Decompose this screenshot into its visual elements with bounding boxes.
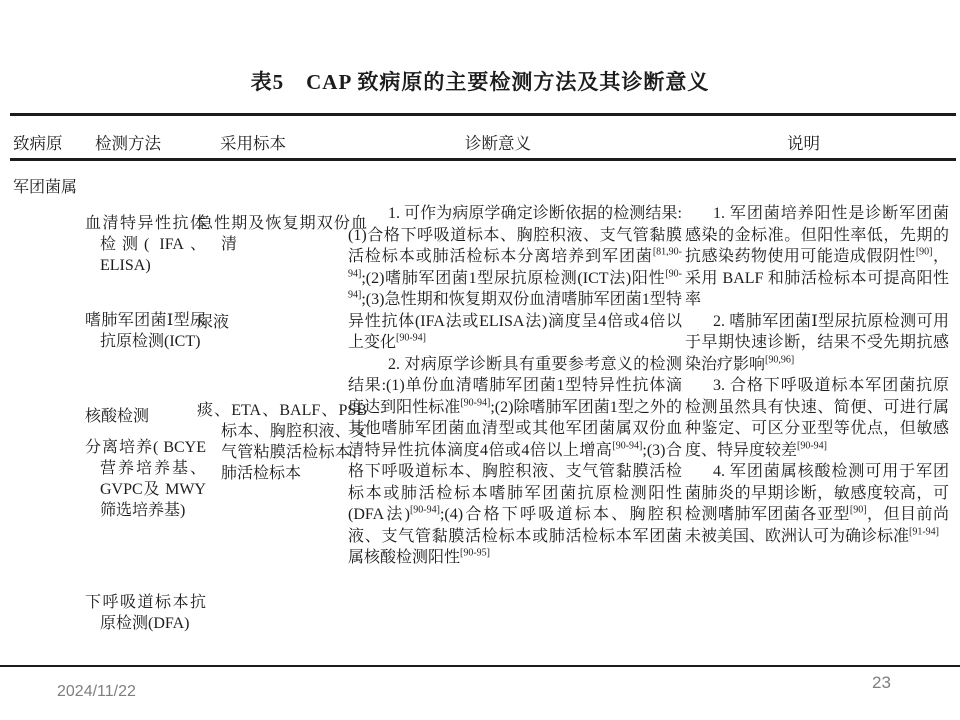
diagnosis-cell: 1. 可作为病原学确定诊断依据的检测结果:(1)合格下呼吸道标本、胸腔积液、支气… bbox=[348, 203, 682, 569]
method-item: 核酸检测 bbox=[85, 406, 206, 427]
slide: 表5 CAP 致病原的主要检测方法及其诊断意义 致病原 检测方法 采用标本 诊断… bbox=[0, 0, 960, 720]
specimen-item: 痰、ETA、BALF、PSB标本、胸腔积液、支气管粘膜活检标本、肺活检标本 bbox=[197, 400, 367, 484]
method-item: 下呼吸道标本抗原检测(DFA) bbox=[85, 592, 206, 634]
column-header-specimen: 采用标本 bbox=[220, 130, 286, 154]
notes-paragraph: 3. 合格下呼吸道标本军团菌抗原检测虽然具有快速、简便、可进行属种鉴定、可区分亚… bbox=[685, 375, 949, 461]
column-header-pathogen: 致病原 bbox=[13, 130, 63, 154]
table-header-rule bbox=[10, 158, 956, 161]
slide-bottom-rule bbox=[0, 665, 960, 667]
column-header-notes: 说明 bbox=[787, 130, 820, 154]
specimen-item: 急性期及恢复期双份血清 bbox=[197, 213, 367, 255]
table-top-rule bbox=[10, 113, 956, 116]
diagnosis-paragraph: 2. 对病原学诊断具有重要参考意义的检测结果:(1)单份血清嗜肺军团菌1型特异性… bbox=[348, 354, 682, 569]
notes-paragraph: 4. 军团菌属核酸检测可用于军团菌肺炎的早期诊断，敏感度较高，可检测嗜肺军团菌各… bbox=[685, 461, 949, 547]
specimen-item: 尿液 bbox=[197, 312, 367, 333]
notes-cell: 1. 军团菌培养阳性是诊断军团菌感染的金标准。但阳性率低，先期的抗感染药物使用可… bbox=[685, 203, 949, 547]
page-number: 23 bbox=[872, 673, 891, 693]
method-item: 分离培养( BCYE营养培养基、GVPC及 MWY筛选培养基) bbox=[85, 437, 206, 521]
table-title: 表5 CAP 致病原的主要检测方法及其诊断意义 bbox=[0, 66, 960, 96]
method-item: 血清特异性抗体检测( IFA、ELISA) bbox=[85, 213, 206, 276]
notes-paragraph: 1. 军团菌培养阳性是诊断军团菌感染的金标准。但阳性率低，先期的抗感染药物使用可… bbox=[685, 203, 949, 311]
method-item: 嗜肺军团菌Ⅰ型尿抗原检测(ICT) bbox=[85, 310, 206, 352]
pathogen-name: 军团菌属 bbox=[13, 177, 77, 198]
notes-paragraph: 2. 嗜肺军团菌Ⅰ型尿抗原检测可用于早期快速诊断，结果不受先期抗感染治疗影响[9… bbox=[685, 311, 949, 376]
footer-date: 2024/11/22 bbox=[57, 683, 136, 701]
column-header-method: 检测方法 bbox=[95, 130, 161, 154]
column-header-diagnosis: 诊断意义 bbox=[465, 130, 531, 154]
diagnosis-paragraph: 1. 可作为病原学确定诊断依据的检测结果:(1)合格下呼吸道标本、胸腔积液、支气… bbox=[348, 203, 682, 354]
